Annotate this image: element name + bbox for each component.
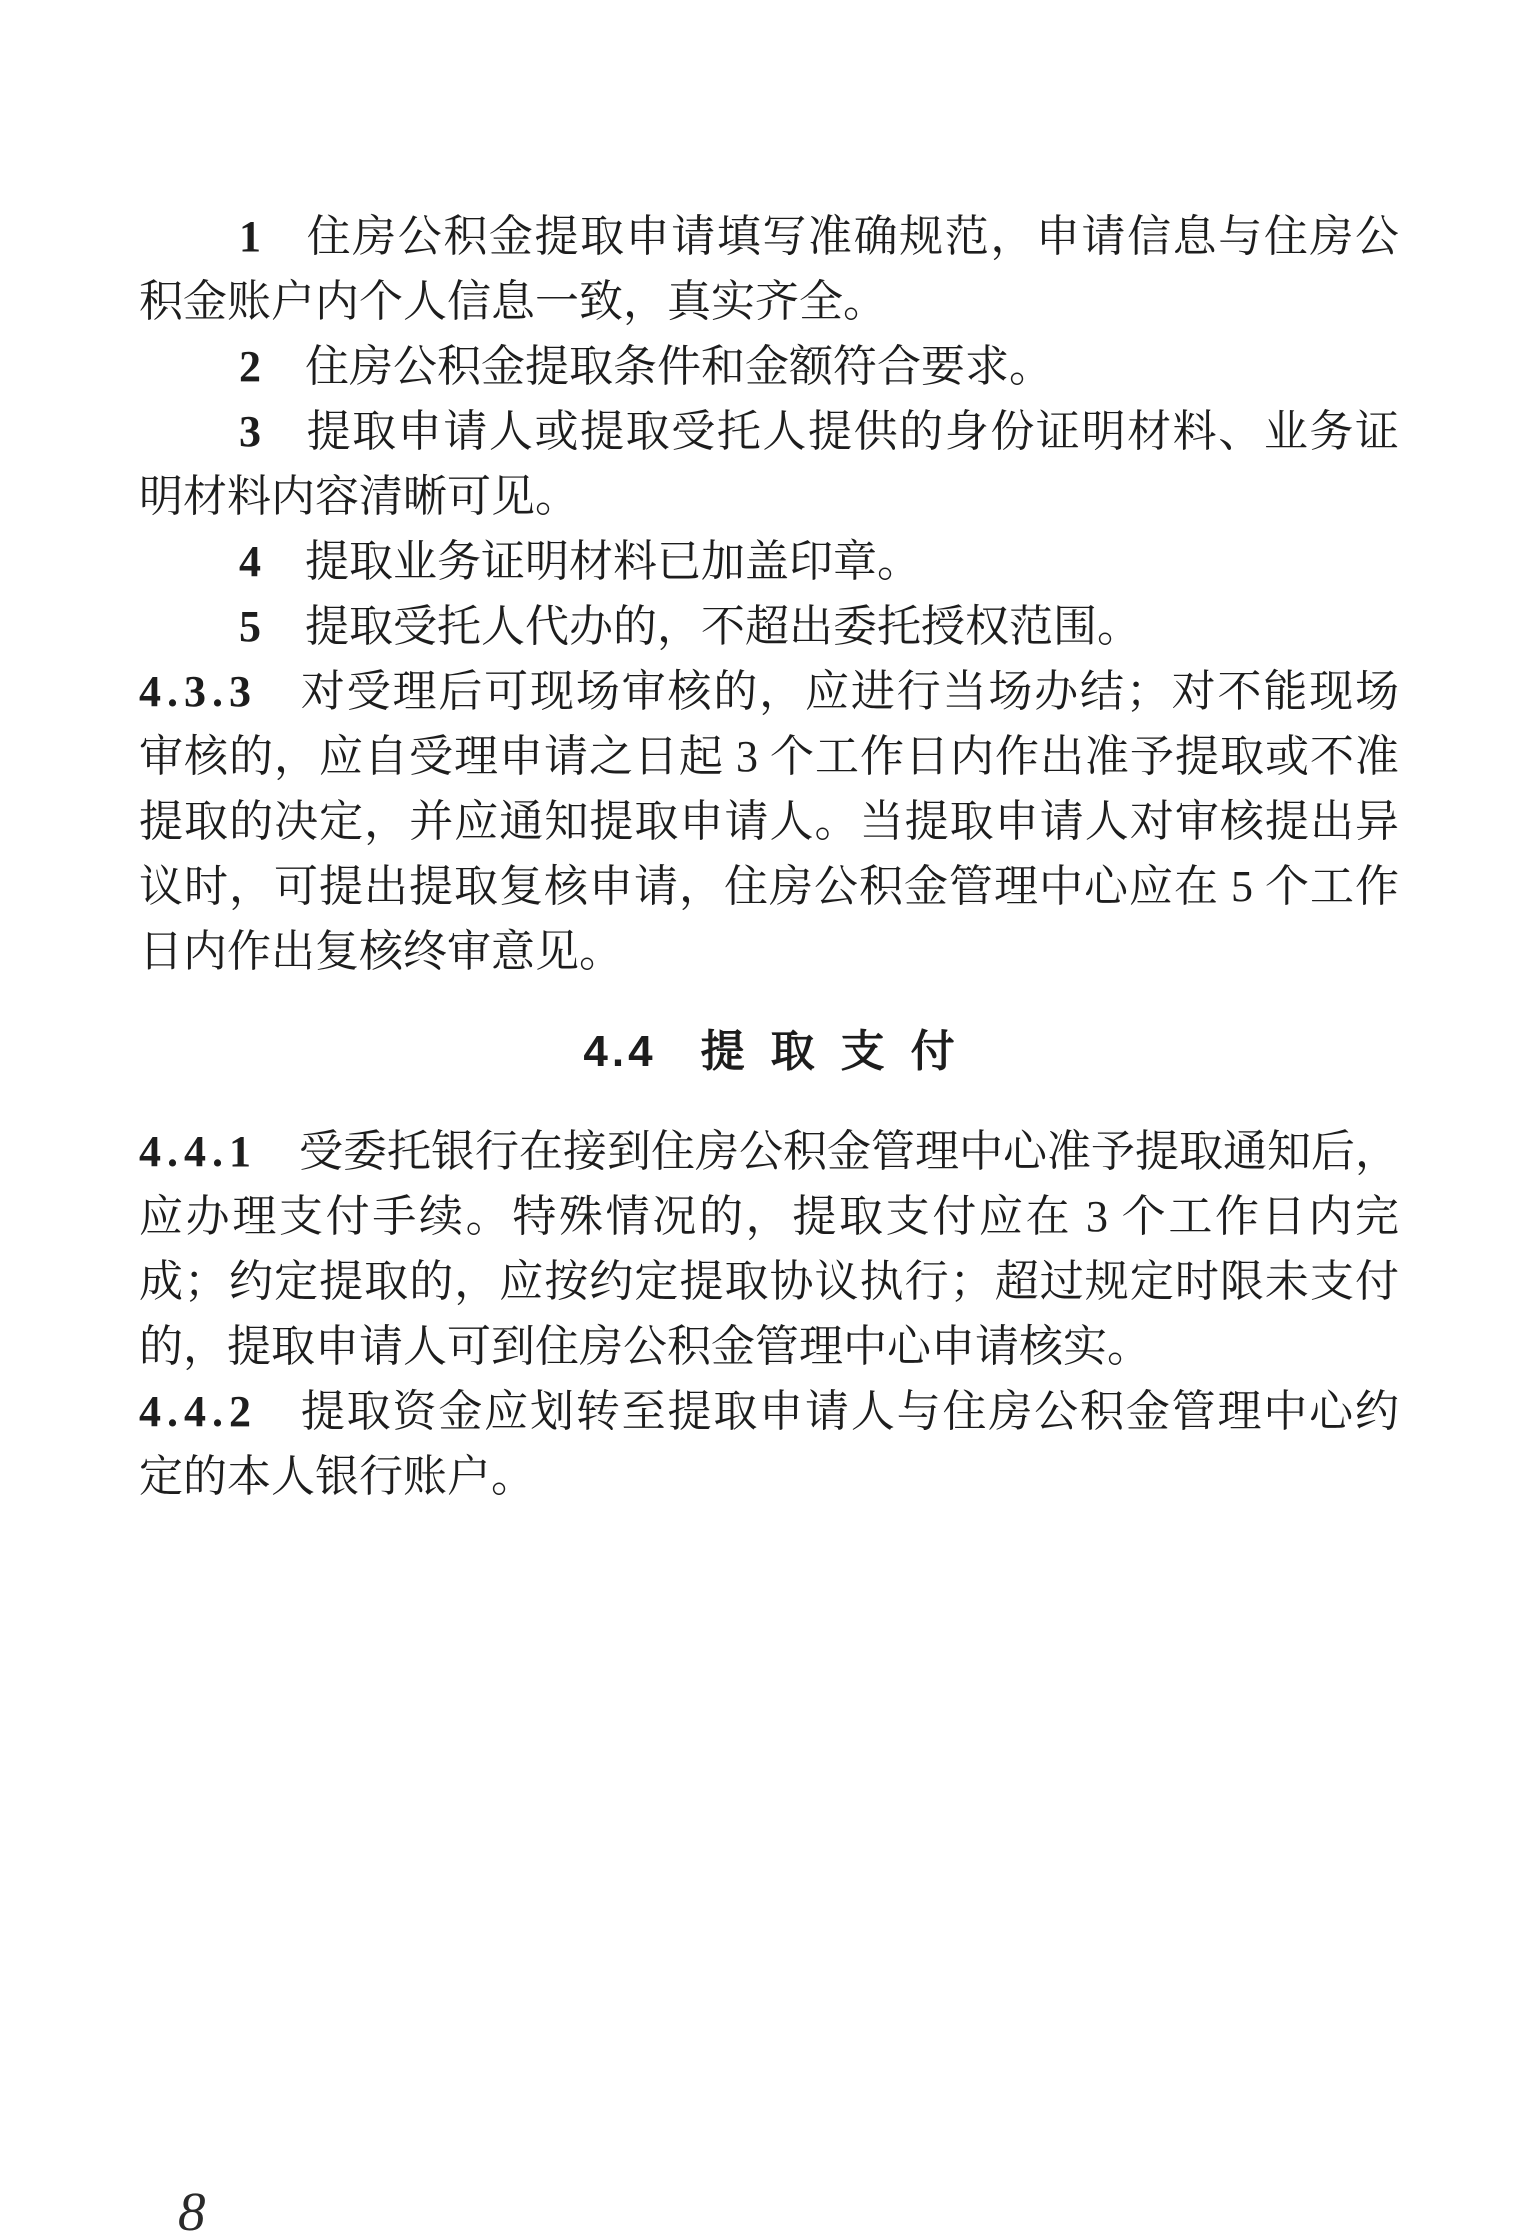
text-line: 成；约定提取的，应按约定提取协议执行；超过规定时限未支付: [139, 1249, 1399, 1314]
text-line: 4.4.2提取资金应划转至提取申请人与住房公积金管理中心约: [139, 1379, 1399, 1444]
list-item-text: 提取申请人或提取受托人提供的身份证明材料、业务证: [305, 407, 1399, 456]
list-item-number: 1: [239, 212, 261, 261]
text-line: 应办理支付手续。特殊情况的，提取支付应在 3 个工作日内完: [139, 1184, 1399, 1249]
text-line: 议时，可提出提取复核申请，住房公积金管理中心应在 5 个工作: [139, 854, 1399, 919]
list-item-4: 4提取业务证明材料已加盖印章。: [139, 529, 1399, 594]
text-line: 日内作出复核终审意见。: [139, 919, 1399, 984]
list-item-number: 3: [239, 407, 261, 456]
clause-text: 对受理后可现场审核的，应进行当场办结；对不能现场: [299, 667, 1399, 716]
list-item-2: 2住房公积金提取条件和金额符合要求。: [139, 334, 1399, 399]
text-line: 提取的决定，并应通知提取申请人。当提取申请人对审核提出异: [139, 789, 1399, 854]
list-item-number: 2: [239, 342, 261, 391]
text-line: 3提取申请人或提取受托人提供的身份证明材料、业务证: [139, 399, 1399, 464]
section-heading-number: 4.4: [583, 1027, 656, 1076]
page-body: 1住房公积金提取申请填写准确规范，申请信息与住房公 积金账户内个人信息一致，真实…: [139, 204, 1399, 1509]
clause-number: 4.4.2: [139, 1387, 257, 1436]
list-item-5: 5提取受托人代办的，不超出委托授权范围。: [139, 594, 1399, 659]
list-item-text: 住房公积金提取条件和金额符合要求。: [305, 342, 1053, 391]
list-item-3: 3提取申请人或提取受托人提供的身份证明材料、业务证 明材料内容清晰可见。: [139, 399, 1399, 529]
text-line: 1住房公积金提取申请填写准确规范，申请信息与住房公: [139, 204, 1399, 269]
text-line: 定的本人银行账户。: [139, 1444, 1399, 1509]
clause-number: 4.3.3: [139, 667, 257, 716]
text-line: 明材料内容清晰可见。: [139, 464, 1399, 529]
clause-4-4-2: 4.4.2提取资金应划转至提取申请人与住房公积金管理中心约 定的本人银行账户。: [139, 1379, 1399, 1509]
list-item-1: 1住房公积金提取申请填写准确规范，申请信息与住房公 积金账户内个人信息一致，真实…: [139, 204, 1399, 334]
text-line: 2住房公积金提取条件和金额符合要求。: [139, 334, 1399, 399]
clause-4-4-1: 4.4.1受委托银行在接到住房公积金管理中心准予提取通知后， 应办理支付手续。特…: [139, 1119, 1399, 1379]
text-line: 的，提取申请人可到住房公积金管理中心申请核实。: [139, 1314, 1399, 1379]
list-item-text: 提取受托人代办的，不超出委托授权范围。: [305, 602, 1141, 651]
text-line: 4.3.3对受理后可现场审核的，应进行当场办结；对不能现场: [139, 659, 1399, 724]
section-heading-title: 提取支付: [701, 1027, 981, 1076]
clause-number: 4.4.1: [139, 1127, 257, 1176]
section-heading-4-4: 4.4提取支付: [139, 1019, 1399, 1084]
document-page: 1住房公积金提取申请填写准确规范，申请信息与住房公 积金账户内个人信息一致，真实…: [0, 0, 1530, 2237]
text-line: 4.4.1受委托银行在接到住房公积金管理中心准予提取通知后，: [139, 1119, 1399, 1184]
text-line: 5提取受托人代办的，不超出委托授权范围。: [139, 594, 1399, 659]
clause-text: 提取资金应划转至提取申请人与住房公积金管理中心约: [299, 1387, 1399, 1436]
clause-4-3-3: 4.3.3对受理后可现场审核的，应进行当场办结；对不能现场 审核的，应自受理申请…: [139, 659, 1399, 984]
clause-text: 受委托银行在接到住房公积金管理中心准予提取通知后，: [299, 1127, 1399, 1176]
list-item-number: 5: [239, 602, 261, 651]
text-line: 4提取业务证明材料已加盖印章。: [139, 529, 1399, 594]
page-number: 8: [178, 2180, 206, 2237]
text-line: 积金账户内个人信息一致，真实齐全。: [139, 269, 1399, 334]
list-item-number: 4: [239, 537, 261, 586]
text-line: 审核的，应自受理申请之日起 3 个工作日内作出准予提取或不准: [139, 724, 1399, 789]
list-item-text: 住房公积金提取申请填写准确规范，申请信息与住房公: [305, 212, 1399, 261]
list-item-text: 提取业务证明材料已加盖印章。: [305, 537, 921, 586]
